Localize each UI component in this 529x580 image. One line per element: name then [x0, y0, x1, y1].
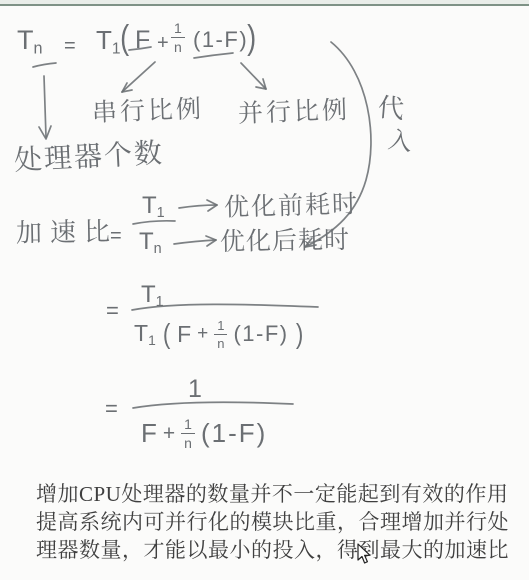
underline-tn	[33, 63, 56, 67]
eq2-den-rparen: )	[296, 318, 303, 350]
serial-ratio-label: 串行比例	[92, 97, 205, 126]
eq2-numerator: T1	[141, 283, 164, 309]
eq3-equals: =	[105, 398, 118, 420]
speedup-denominator: Tn	[139, 230, 162, 256]
eq1-t1: T1	[96, 27, 121, 57]
time-after-optimization-label: 优化后耗时	[220, 228, 350, 255]
eq1-lparen: (	[120, 21, 129, 55]
eq1-plus: +	[157, 33, 169, 53]
eq2-den-f: F	[177, 321, 191, 348]
eq1-rparen: )	[247, 21, 256, 55]
arrow-to-before-label-icon	[179, 200, 217, 211]
eq1-inner-term: (1-F)	[193, 29, 248, 51]
arrow-down-to-processors-icon	[39, 76, 51, 139]
eq2-den-t1: T1	[134, 320, 156, 348]
substitute-label-char2: 入	[386, 128, 413, 155]
arrow-to-parallel-label-icon	[241, 63, 266, 89]
processor-count-label: 处理器个数	[13, 139, 164, 175]
eq1-equals: =	[64, 36, 76, 56]
photo-top-edge	[0, 0, 529, 6]
eq3-den-inner-term: (1-F)	[201, 418, 267, 449]
mouse-cursor-icon	[357, 543, 372, 565]
eq1-fraction-1-over-n: 1n	[171, 21, 185, 54]
eq3-den-plus: +	[163, 422, 175, 446]
eq3-den-fraction-1-over-n: 1n	[181, 417, 195, 450]
arrow-to-after-label-icon	[174, 236, 216, 246]
eq3-fraction-bar	[133, 402, 293, 408]
eq2-den-lparen: (	[163, 318, 170, 350]
arrow-to-serial-label-icon	[122, 62, 155, 92]
eq3-den-f: F	[141, 418, 157, 449]
eq2-den-fraction-1-over-n: 1n	[214, 319, 227, 350]
speedup-numerator: T1	[142, 194, 165, 220]
caption-line-2: 提高系统内可并行化的模块比重，合理增加并行处	[36, 508, 509, 536]
speedup-equals: =	[110, 226, 122, 246]
eq3-denominator: F + 1n (1-F)	[141, 417, 273, 450]
eq2-den-inner-term: (1-F)	[233, 321, 288, 347]
parallel-ratio-label: 并行比例	[238, 98, 351, 127]
time-before-optimization-label: 优化前耗时	[224, 192, 360, 221]
eq3-numerator: 1	[188, 377, 202, 402]
speedup-fraction-bar	[133, 221, 175, 224]
underline-inner-term	[194, 53, 233, 58]
handwritten-note-photo: Tn = T1 ( F + 1n (1-F) ) 串行比例 并行比例 处理器个数…	[0, 0, 529, 580]
eq1-f: F	[135, 28, 150, 53]
caption-line-3: 理器数量，才能以最小的投入，得到最大的加速比	[36, 536, 509, 564]
eq2-denominator: T1 ( F + 1n (1-F) )	[134, 318, 310, 350]
eq1-lhs: Tn	[17, 27, 43, 57]
eq2-den-plus: +	[197, 323, 208, 345]
caption-line-1: 增加CPU处理器的数量并不一定能起到有效的作用	[36, 480, 508, 508]
speedup-label: 加速比	[16, 218, 118, 246]
eq2-equals: =	[106, 300, 119, 322]
substitute-label-char1: 代	[377, 94, 405, 122]
